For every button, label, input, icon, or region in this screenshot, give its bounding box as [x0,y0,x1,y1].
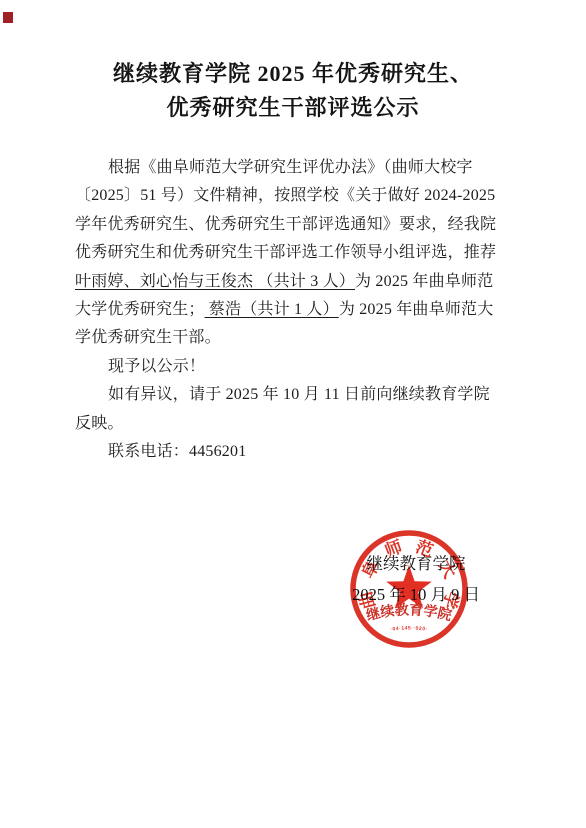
awardee-names-underlined: 叶雨婷、刘心怡与王俊杰 （共计 3 人） [75,273,355,290]
body-line: 联系电话：4456201 [75,438,513,466]
body-line: 大学优秀研究生； 蔡浩（共计 1 人）为 2025 年曲阜师范大 [75,296,513,324]
seal-bottom-text: 继续教育学院 [365,601,454,623]
body-line: 根据《曲阜师范大学研究生评优办法》（曲师大校字 [75,154,513,182]
body-line: 如有异议，请于 2025 年 10 月 11 日前向继续教育学院 [75,381,513,409]
body-text: 优秀研究生和优秀研究生干部评选工作领导小组评选，推荐 [75,244,496,261]
body-text: 反映。 [75,415,124,432]
body-text: 为 2025 年曲阜师范大 [339,301,494,318]
body-line: 现予以公示！ [75,353,513,381]
document-page: 继续教育学院 2025 年优秀研究生、 优秀研究生干部评选公示 根据《曲阜师范大… [0,0,586,828]
seal-serial-holder: ·04·145··020· [390,625,428,632]
body-line: 〔2025〕51 号）文件精神，按照学校《关于做好 2024-2025 [75,182,513,210]
body-text: 大学优秀研究生； [75,301,205,318]
seal-star-icon [386,565,432,608]
body-text: 学优秀研究生干部。 [75,329,221,346]
official-seal: 曲 阜 师 范 大 学 继续教育学院 ·04·145··020· [342,520,480,658]
document-body: 根据《曲阜师范大学研究生评优办法》（曲师大校字 〔2025〕51 号）文件精神，… [75,154,513,466]
contact-phone: 联系电话：4456201 [108,443,246,460]
title-line-1: 继续教育学院 2025 年优秀研究生、 [0,57,586,91]
body-text: 学年优秀研究生、优秀研究生干部评选通知》要求，经我院 [75,216,496,233]
body-line: 叶雨婷、刘心怡与王俊杰 （共计 3 人）为 2025 年曲阜师范 [75,268,513,296]
awardee-name-underlined: 蔡浩（共计 1 人） [205,301,339,318]
title-line-2: 优秀研究生干部评选公示 [0,91,586,125]
body-line: 优秀研究生和优秀研究生干部评选工作领导小组评选，推荐 [75,239,513,267]
body-text: 如有异议，请于 2025 年 10 月 11 日前向继续教育学院 [108,386,490,403]
seal-serial-number: ·04·145··020· [390,625,428,632]
body-text: 现予以公示！ [108,358,205,375]
body-text: 〔2025〕51 号）文件精神，按照学校《关于做好 2024-2025 [75,187,495,204]
seal-bottom-text-holder: 继续教育学院 [365,601,454,623]
body-line: 学优秀研究生干部。 [75,324,513,352]
body-line: 反映。 [75,410,513,438]
body-line: 学年优秀研究生、优秀研究生干部评选通知》要求，经我院 [75,211,513,239]
body-text: 根据《曲阜师范大学研究生评优办法》（曲师大校字 [108,159,473,176]
document-title: 继续教育学院 2025 年优秀研究生、 优秀研究生干部评选公示 [0,57,586,125]
body-text: 为 2025 年曲阜师范 [355,273,493,290]
red-corner-marker [3,12,13,23]
